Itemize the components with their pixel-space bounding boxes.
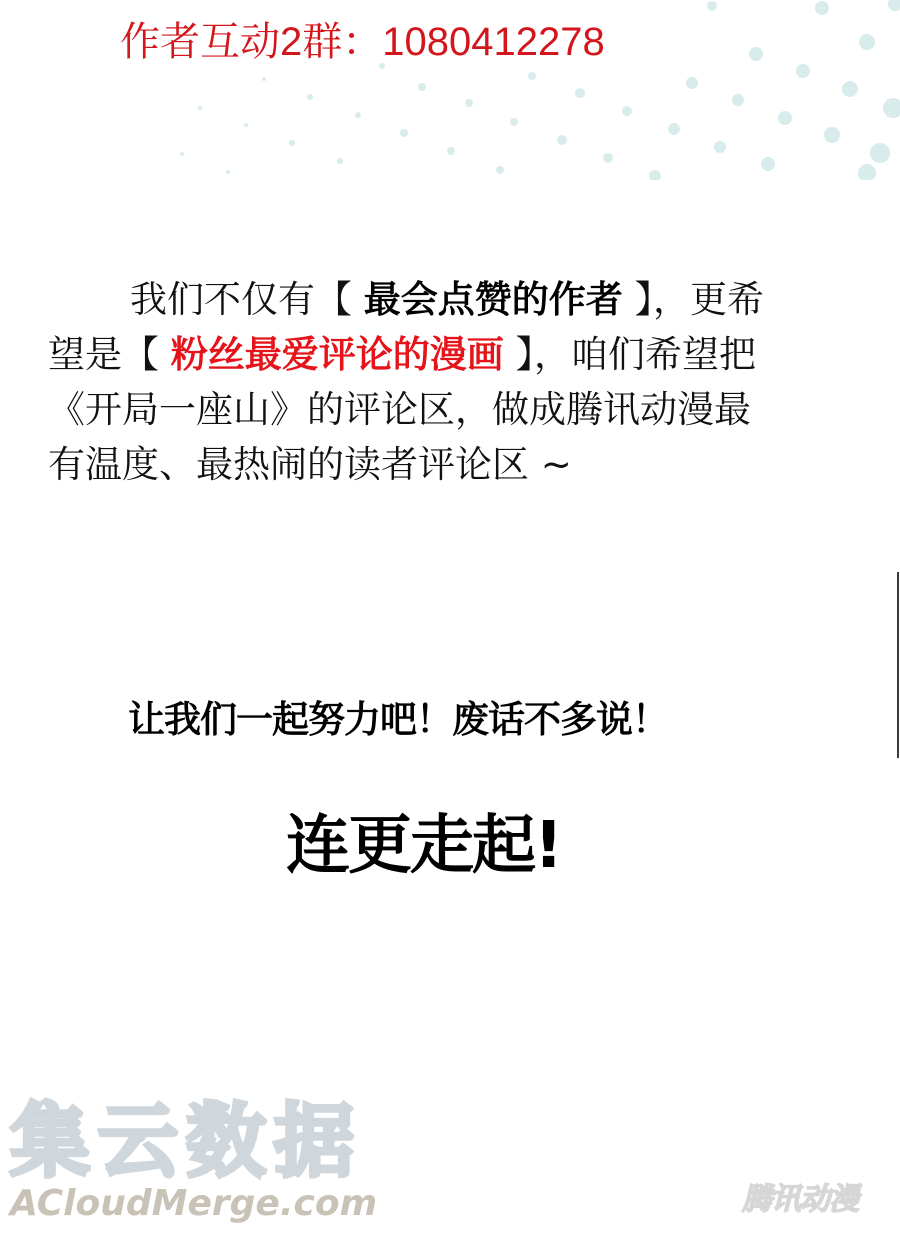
message-paragraph: 我们不仅有【 最会点赞的作者 】，更希 望是【 粉丝最爱评论的漫画 】，咱们希望… — [48, 272, 868, 492]
highlight-author: 最会点赞的作者 — [364, 278, 623, 321]
slogan-text: 让我们一起努力吧！废话不多说！ — [128, 694, 668, 746]
line1-suffix: 】，更希 — [623, 278, 764, 321]
paragraph-line-2: 望是【 粉丝最爱评论的漫画 】，咱们希望把 — [48, 327, 868, 382]
line2-suffix: 】，咱们希望把 — [504, 333, 756, 376]
paragraph-line-4: 有温度、最热闹的读者评论区 ~ — [48, 437, 868, 492]
line1-prefix: 我们不仅有【 — [130, 278, 364, 321]
cta-headline: 连更走起! — [286, 806, 561, 886]
group-label: 作者互动2群： — [120, 20, 382, 64]
author-group-banner: 作者互动2群：1080412278 — [120, 14, 605, 70]
paragraph-line-3: 《开局一座山》的评论区，做成腾讯动漫最 — [48, 382, 868, 437]
group-number: 1080412278 — [382, 20, 604, 64]
line2-prefix: 望是【 — [48, 333, 171, 376]
watermark-site-en: ACloudMerge.com — [10, 1182, 377, 1226]
edge-divider-line — [897, 572, 899, 758]
watermark-platform-logo: 腾讯动漫 — [742, 1182, 858, 1218]
highlight-comic: 粉丝最爱评论的漫画 — [171, 333, 504, 376]
watermark-site-cn: 集云数据 — [10, 1094, 362, 1190]
paragraph-line-1: 我们不仅有【 最会点赞的作者 】，更希 — [48, 272, 868, 327]
